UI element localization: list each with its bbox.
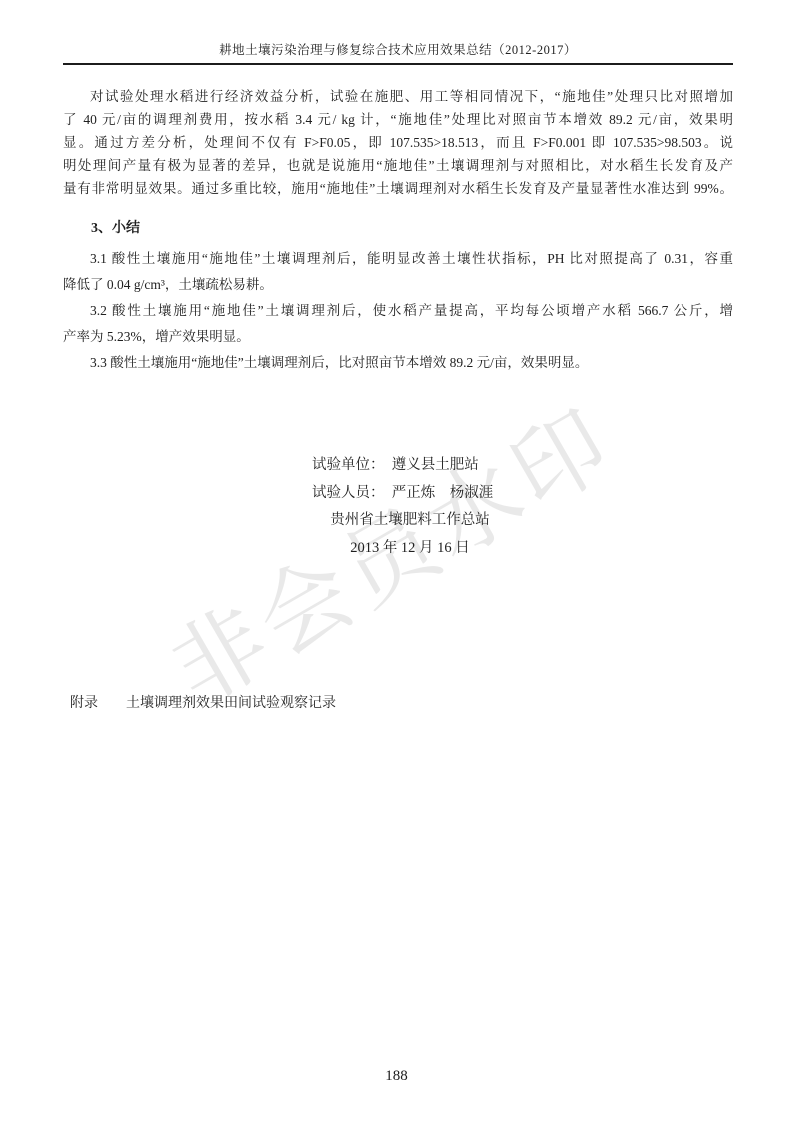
paragraph-line: 对试验处理水稻进行经济效益分析，试验在施肥、用工等相同情况下，“施地佳”处理只比… xyxy=(63,85,733,108)
summary-item-3-3: 3.3 酸性土壤施用“施地佳”土壤调理剂后，比对照亩节本增效 89.2 元/亩，… xyxy=(63,350,733,376)
paragraph-line: 显。通过方差分析，处理间不仅有 F>F0.05，即 107.535>18.513… xyxy=(63,131,733,154)
paragraph-line: 3.2 酸性土壤施用“施地佳”土壤调理剂后，使水稻产量提高，平均每公顷增产水稻 … xyxy=(63,298,733,324)
paragraph-line: 3.1 酸性土壤施用“施地佳”土壤调理剂后，能明显改善土壤性状指标，PH 比对照… xyxy=(63,246,733,272)
paragraph-line: 降低了 0.04 g/cm³，土壤疏松易耕。 xyxy=(63,272,733,298)
appendix-line: 附录土壤调理剂效果田间试验观察记录 xyxy=(70,695,336,713)
paragraph-line: 量有非常明显效果。通过多重比较，施用“施地佳”土壤调理剂对水稻生长发育及产量显著… xyxy=(63,177,733,200)
paragraph-line: 明处理间产量有极为显著的差异，也就是说施用“施地佳”土壤调理剂与对照相比，对水稻… xyxy=(63,154,733,177)
test-personnel-line: 试验人员： 严正炼 杨淑涯 xyxy=(312,480,508,508)
signature-block: 试验单位： 遵义县土肥站 试验人员： 严正炼 杨淑涯 贵州省土壤肥料工作总站 2… xyxy=(312,452,508,562)
date-line: 2013 年 12 月 16 日 xyxy=(312,535,508,563)
page-header: 耕地土壤污染治理与修复综合技术应用效果总结（2012-2017） xyxy=(63,40,733,65)
appendix-label: 附录 xyxy=(70,696,98,711)
economic-analysis-paragraph: 对试验处理水稻进行经济效益分析，试验在施肥、用工等相同情况下，“施地佳”处理只比… xyxy=(63,85,733,200)
header-title: 耕地土壤污染治理与修复综合技术应用效果总结（2012-2017） xyxy=(63,40,733,63)
page-number: 188 xyxy=(0,1068,793,1085)
summary-item-3-2: 3.2 酸性土壤施用“施地佳”土壤调理剂后，使水稻产量提高，平均每公顷增产水稻 … xyxy=(63,298,733,350)
document-page: 非会员水印 耕地土壤污染治理与修复综合技术应用效果总结（2012-2017） 对… xyxy=(0,0,793,1122)
test-unit-line: 试验单位： 遵义县土肥站 xyxy=(312,452,508,480)
organization-line: 贵州省土壤肥料工作总站 xyxy=(312,507,508,535)
header-rule xyxy=(63,63,733,65)
summary-item-3-1: 3.1 酸性土壤施用“施地佳”土壤调理剂后，能明显改善土壤性状指标，PH 比对照… xyxy=(63,246,733,298)
paragraph-line: 了 40 元/亩的调理剂费用，按水稻 3.4 元/ kg 计，“施地佳”处理比对… xyxy=(63,108,733,131)
paragraph-line: 产率为 5.23%，增产效果明显。 xyxy=(63,324,733,350)
appendix-title: 土壤调理剂效果田间试验观察记录 xyxy=(126,696,336,711)
document-body: 对试验处理水稻进行经济效益分析，试验在施肥、用工等相同情况下，“施地佳”处理只比… xyxy=(63,85,733,376)
paragraph-line: 3.3 酸性土壤施用“施地佳”土壤调理剂后，比对照亩节本增效 89.2 元/亩，… xyxy=(63,350,733,376)
summary-section-heading: 3、小结 xyxy=(63,217,733,240)
